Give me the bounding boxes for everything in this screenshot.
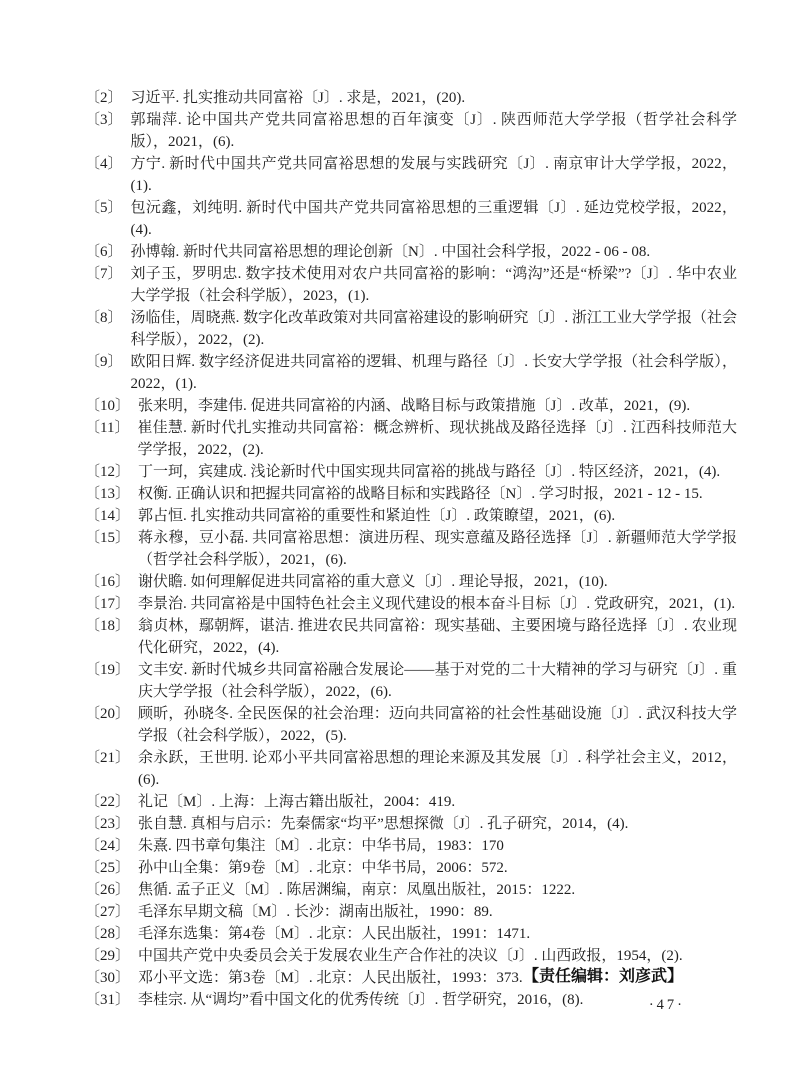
reference-item: 〔17〕李景治. 共同富裕是中国特色社会主义现代建设的根本奋斗目标〔J〕. 党政… — [85, 593, 737, 615]
reference-item: 〔24〕朱熹. 四书章句集注〔M〕. 北京：中华书局，1983：170 — [85, 835, 737, 857]
reference-item: 〔6〕孙博翰. 新时代共同富裕思想的理论创新〔N〕. 中国社会科学报，2022 … — [85, 241, 737, 263]
reference-number: 〔8〕 — [85, 307, 131, 329]
reference-number: 〔16〕 — [85, 571, 138, 593]
reference-item: 〔25〕孙中山全集：第9卷〔M〕. 北京：中华书局，2006：572. — [85, 857, 737, 879]
reference-text: 顾昕，孙晓冬. 全民医保的社会治理：迈向共同富裕的社会性基础设施〔J〕. 武汉科… — [138, 703, 737, 747]
reference-item: 〔22〕礼记〔M〕. 上海：上海古籍出版社，2004：419. — [85, 791, 737, 813]
reference-number: 〔15〕 — [85, 527, 138, 549]
reference-text: 李桂宗. 从“调均”看中国文化的优秀传统〔J〕. 哲学研究，2016，(8). — [138, 989, 737, 1011]
reference-item: 〔7〕刘子玉，罗明忠. 数字技术使用对农户共同富裕的影响：“鸿沟”还是“桥梁”?… — [85, 263, 737, 307]
reference-text: 欧阳日辉. 数字经济促进共同富裕的逻辑、机理与路径〔J〕. 长安大学学报（社会科… — [131, 351, 737, 395]
reference-text: 权衡. 正确认识和把握共同富裕的战略目标和实践路径〔N〕. 学习时报，2021 … — [138, 483, 737, 505]
reference-item: 〔27〕毛泽东早期文稿〔M〕. 长沙：湖南出版社，1990：89. — [85, 901, 737, 923]
reference-item: 〔21〕余永跃，王世明. 论邓小平共同富裕思想的理论来源及其发展〔J〕. 科学社… — [85, 747, 737, 791]
reference-text: 郭瑞萍. 论中国共产党共同富裕思想的百年演变〔J〕. 陕西师范大学学报（哲学社会… — [131, 109, 737, 153]
reference-text: 朱熹. 四书章句集注〔M〕. 北京：中华书局，1983：170 — [138, 835, 737, 857]
reference-text: 包沅鑫，刘纯明. 新时代中国共产党共同富裕思想的三重逻辑〔J〕. 延边党校学报，… — [131, 197, 737, 241]
reference-item: 〔31〕李桂宗. 从“调均”看中国文化的优秀传统〔J〕. 哲学研究，2016，(… — [85, 989, 737, 1011]
reference-text: 焦循. 孟子正义〔M〕. 陈居渊编，南京：凤凰出版社，2015：1222. — [138, 879, 737, 901]
reference-item: 〔14〕郭占恒. 扎实推动共同富裕的重要性和紧迫性〔J〕. 政策瞭望，2021，… — [85, 505, 737, 527]
reference-text: 毛泽东早期文稿〔M〕. 长沙：湖南出版社，1990：89. — [138, 901, 737, 923]
paper-page: 〔2〕习近平. 扎实推动共同富裕〔J〕. 求是，2021，(20).〔3〕郭瑞萍… — [0, 0, 793, 1077]
reference-item: 〔3〕郭瑞萍. 论中国共产党共同富裕思想的百年演变〔J〕. 陕西师范大学学报（哲… — [85, 109, 737, 153]
reference-number: 〔17〕 — [85, 593, 138, 615]
reference-item: 〔10〕张来明，李建伟. 促进共同富裕的内涵、战略目标与政策措施〔J〕. 改革，… — [85, 395, 737, 417]
reference-text: 张来明，李建伟. 促进共同富裕的内涵、战略目标与政策措施〔J〕. 改革，2021… — [138, 395, 737, 417]
reference-number: 〔24〕 — [85, 835, 138, 857]
reference-text: 谢伏瞻. 如何理解促进共同富裕的重大意义〔J〕. 理论导报，2021，(10). — [138, 571, 737, 593]
reference-number: 〔11〕 — [85, 417, 137, 439]
reference-item: 〔26〕焦循. 孟子正义〔M〕. 陈居渊编，南京：凤凰出版社，2015：1222… — [85, 879, 737, 901]
reference-number: 〔10〕 — [85, 395, 138, 417]
reference-text: 方宁. 新时代中国共产党共同富裕思想的发展与实践研究〔J〕. 南京审计大学学报，… — [131, 153, 737, 197]
reference-item: 〔18〕翁贞林，鄢朝辉，谌洁. 推进农民共同富裕：现实基础、主要困境与路径选择〔… — [85, 615, 737, 659]
reference-text: 翁贞林，鄢朝辉，谌洁. 推进农民共同富裕：现实基础、主要困境与路径选择〔J〕. … — [138, 615, 737, 659]
reference-text: 习近平. 扎实推动共同富裕〔J〕. 求是，2021，(20). — [131, 87, 737, 109]
reference-number: 〔20〕 — [85, 703, 138, 725]
reference-item: 〔28〕毛泽东选集：第4卷〔M〕. 北京：人民出版社，1991：1471. — [85, 923, 737, 945]
reference-number: 〔4〕 — [85, 153, 131, 175]
reference-number: 〔22〕 — [85, 791, 138, 813]
reference-number: 〔7〕 — [85, 263, 131, 285]
reference-item: 〔16〕谢伏瞻. 如何理解促进共同富裕的重大意义〔J〕. 理论导报，2021，(… — [85, 571, 737, 593]
reference-item: 〔20〕顾昕，孙晓冬. 全民医保的社会治理：迈向共同富裕的社会性基础设施〔J〕.… — [85, 703, 737, 747]
reference-item: 〔13〕权衡. 正确认识和把握共同富裕的战略目标和实践路径〔N〕. 学习时报，2… — [85, 483, 737, 505]
reference-number: 〔28〕 — [85, 923, 138, 945]
reference-number: 〔31〕 — [85, 989, 138, 1011]
reference-text: 李景治. 共同富裕是中国特色社会主义现代建设的根本奋斗目标〔J〕. 党政研究，2… — [138, 593, 737, 615]
reference-text: 蒋永穆，豆小磊. 共同富裕思想：演进历程、现实意蕴及路径选择〔J〕. 新疆师范大… — [138, 527, 737, 571]
reference-number: 〔26〕 — [85, 879, 138, 901]
reference-item: 〔12〕丁一珂，宾建成. 浅论新时代中国实现共同富裕的挑战与路径〔J〕. 特区经… — [85, 461, 737, 483]
reference-item: 〔8〕汤临佳，周晓燕. 数字化改革政策对共同富裕建设的影响研究〔J〕. 浙江工业… — [85, 307, 737, 351]
reference-text: 文丰安. 新时代城乡共同富裕融合发展论——基于对党的二十大精神的学习与研究〔J〕… — [138, 659, 737, 703]
reference-text: 汤临佳，周晓燕. 数字化改革政策对共同富裕建设的影响研究〔J〕. 浙江工业大学学… — [131, 307, 737, 351]
reference-number: 〔13〕 — [85, 483, 138, 505]
reference-number: 〔9〕 — [85, 351, 131, 373]
reference-text: 毛泽东选集：第4卷〔M〕. 北京：人民出版社，1991：1471. — [138, 923, 737, 945]
reference-number: 〔14〕 — [85, 505, 138, 527]
responsible-editor-note: 【责任编辑：刘彦武】 — [0, 963, 683, 986]
reference-text: 孙博翰. 新时代共同富裕思想的理论创新〔N〕. 中国社会科学报，2022 - 0… — [131, 241, 737, 263]
reference-item: 〔5〕包沅鑫，刘纯明. 新时代中国共产党共同富裕思想的三重逻辑〔J〕. 延边党校… — [85, 197, 737, 241]
reference-item: 〔2〕习近平. 扎实推动共同富裕〔J〕. 求是，2021，(20). — [85, 87, 737, 109]
reference-item: 〔15〕蒋永穆，豆小磊. 共同富裕思想：演进历程、现实意蕴及路径选择〔J〕. 新… — [85, 527, 737, 571]
reference-list: 〔2〕习近平. 扎实推动共同富裕〔J〕. 求是，2021，(20).〔3〕郭瑞萍… — [85, 87, 737, 1011]
reference-number: 〔2〕 — [85, 87, 131, 109]
reference-item: 〔4〕方宁. 新时代中国共产党共同富裕思想的发展与实践研究〔J〕. 南京审计大学… — [85, 153, 737, 197]
reference-text: 刘子玉，罗明忠. 数字技术使用对农户共同富裕的影响：“鸿沟”还是“桥梁”?〔J〕… — [131, 263, 737, 307]
reference-text: 礼记〔M〕. 上海：上海古籍出版社，2004：419. — [138, 791, 737, 813]
reference-number: 〔21〕 — [85, 747, 138, 769]
reference-text: 孙中山全集：第9卷〔M〕. 北京：中华书局，2006：572. — [138, 857, 737, 879]
reference-number: 〔5〕 — [85, 197, 131, 219]
reference-number: 〔3〕 — [85, 109, 131, 131]
reference-item: 〔11〕崔佳慧. 新时代扎实推动共同富裕：概念辨析、现状挑战及路径选择〔J〕. … — [85, 417, 737, 461]
reference-text: 余永跃，王世明. 论邓小平共同富裕思想的理论来源及其发展〔J〕. 科学社会主义，… — [138, 747, 737, 791]
reference-number: 〔18〕 — [85, 615, 138, 637]
reference-text: 张自慧. 真相与启示：先秦儒家“均平”思想探微〔J〕. 孔子研究，2014，(4… — [138, 813, 737, 835]
reference-item: 〔19〕文丰安. 新时代城乡共同富裕融合发展论——基于对党的二十大精神的学习与研… — [85, 659, 737, 703]
reference-number: 〔25〕 — [85, 857, 138, 879]
reference-number: 〔12〕 — [85, 461, 138, 483]
reference-item: 〔23〕张自慧. 真相与启示：先秦儒家“均平”思想探微〔J〕. 孔子研究，201… — [85, 813, 737, 835]
reference-text: 郭占恒. 扎实推动共同富裕的重要性和紧迫性〔J〕. 政策瞭望，2021，(6). — [138, 505, 737, 527]
page-number: ·47· — [649, 997, 685, 1014]
reference-number: 〔23〕 — [85, 813, 138, 835]
reference-number: 〔19〕 — [85, 659, 138, 681]
reference-number: 〔27〕 — [85, 901, 138, 923]
reference-text: 崔佳慧. 新时代扎实推动共同富裕：概念辨析、现状挑战及路径选择〔J〕. 江西科技… — [137, 417, 737, 461]
reference-number: 〔6〕 — [85, 241, 131, 263]
reference-text: 丁一珂，宾建成. 浅论新时代中国实现共同富裕的挑战与路径〔J〕. 特区经济，20… — [138, 461, 737, 483]
reference-item: 〔9〕欧阳日辉. 数字经济促进共同富裕的逻辑、机理与路径〔J〕. 长安大学学报（… — [85, 351, 737, 395]
